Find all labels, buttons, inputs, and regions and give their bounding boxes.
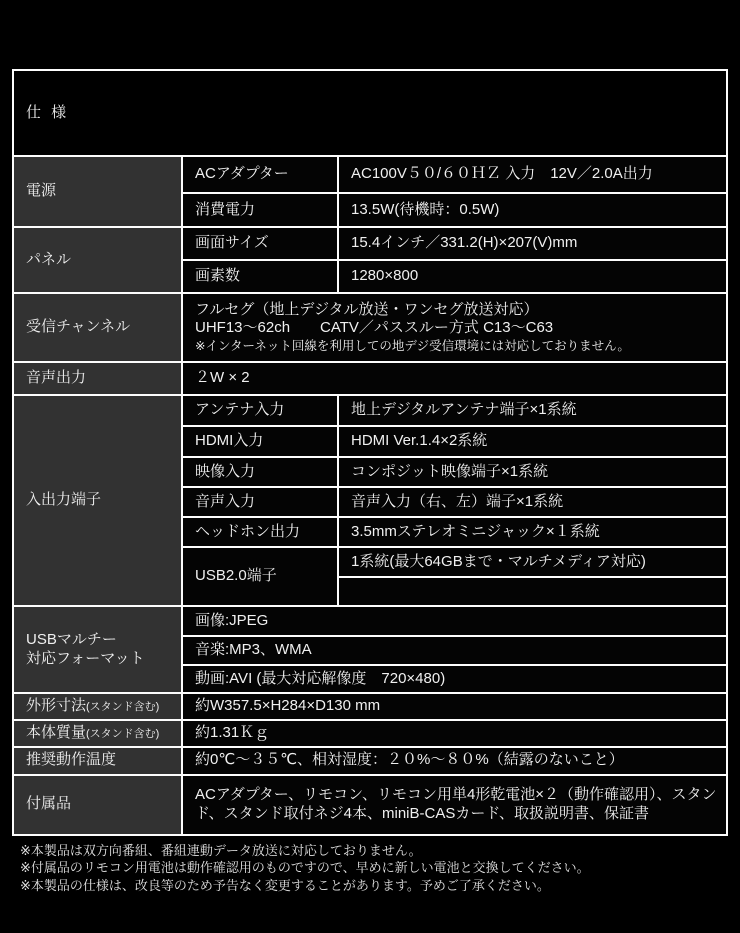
spec-table: 仕 様 電源 ACアダプター AC100V５０/６０ＨＺ 入力 12V／2.0A… — [12, 69, 728, 836]
io-video-in-label: 映像入力 — [182, 457, 338, 487]
group-label-accessories: 付属品 — [13, 775, 182, 835]
usb-format-image-value: 画像:JPEG — [182, 606, 727, 636]
footnote-3: ※本製品の仕様は、改良等のため予告なく変更することがあります。予めご了承ください… — [20, 877, 728, 895]
panel-screen-size-label: 画面サイズ — [182, 227, 338, 260]
panel-screen-size-value: 15.4インチ／331.2(H)×207(V)mm — [338, 227, 727, 260]
group-label-channels: 受信チャンネル — [13, 293, 182, 362]
power-consumption-label: 消費電力 — [182, 193, 338, 227]
channels-value-cell: フルセグ（地上デジタル放送・ワンセグ放送対応） UHF13〜62ch CATV／… — [182, 293, 727, 362]
group-label-temperature: 推奨動作温度 — [13, 747, 182, 775]
group-label-panel: パネル — [13, 227, 182, 293]
weight-label: 本体質量 — [26, 724, 86, 741]
power-adapter-label: ACアダプター — [182, 156, 338, 193]
audio-output-value: ２W × 2 — [182, 362, 727, 395]
page-title: 仕 様 — [13, 70, 727, 156]
io-headphone-value: 3.5mmステレオミニジャック×１系統 — [338, 517, 727, 547]
io-headphone-label: ヘッドホン出力 — [182, 517, 338, 547]
power-adapter-value: AC100V５０/６０ＨＺ 入力 12V／2.0A出力 — [338, 156, 727, 193]
io-hdmi-label: HDMI入力 — [182, 426, 338, 457]
group-label-weight: 本体質量(スタンド含む) — [13, 720, 182, 747]
usb-format-label-line2: 対応フォーマット — [26, 650, 173, 669]
usb-format-music-value: 音楽:MP3、WMA — [182, 636, 727, 665]
io-antenna-label: アンテナ入力 — [182, 395, 338, 426]
panel-resolution-label: 画素数 — [182, 260, 338, 293]
footnotes: ※本製品は双方向番組、番組連動データ放送に対応しておりません。 ※付属品のリモコ… — [20, 842, 728, 895]
channels-line2: UHF13〜62ch CATV／パススルー方式 C13〜C63 — [195, 319, 718, 338]
footnote-1: ※本製品は双方向番組、番組連動データ放送に対応しておりません。 — [20, 842, 728, 860]
group-label-dimensions: 外形寸法(スタンド含む) — [13, 693, 182, 720]
io-usb-extra-cell — [338, 577, 727, 606]
temperature-value: 約0℃〜３５℃、相対湿度：２０%〜８０%（結露のないこと） — [182, 747, 727, 775]
usb-format-label-line1: USBマルチー — [26, 631, 173, 650]
io-antenna-value: 地上デジタルアンテナ端子×1系統 — [338, 395, 727, 426]
usb-format-movie-value: 動画:AVI (最大対応解像度 720×480) — [182, 665, 727, 693]
footnote-2: ※付属品のリモコン用電池は動作確認用のものですので、早めに新しい電池と交換してく… — [20, 859, 728, 877]
panel-resolution-value: 1280×800 — [338, 260, 727, 293]
dimensions-label-small: (スタンド含む) — [86, 701, 159, 713]
channels-line1: フルセグ（地上デジタル放送・ワンセグ放送対応） — [195, 301, 718, 320]
io-usb-value: 1系統(最大64GBまで・マルチメディア対応) — [338, 547, 727, 577]
io-usb-label: USB2.0端子 — [182, 547, 338, 606]
group-label-io: 入出力端子 — [13, 395, 182, 606]
io-audio-in-label: 音声入力 — [182, 487, 338, 517]
accessories-value: ACアダプター、リモコン、リモコン用単4形乾電池×２（動作確認用）、スタンド、ス… — [182, 775, 727, 835]
io-hdmi-value: HDMI Ver.1.4×2系統 — [338, 426, 727, 457]
group-label-usb-format: USBマルチー 対応フォーマット — [13, 606, 182, 693]
weight-value: 約1.31Ｋｇ — [182, 720, 727, 747]
group-label-power: 電源 — [13, 156, 182, 227]
group-label-audio-output: 音声出力 — [13, 362, 182, 395]
power-consumption-value: 13.5W(待機時：0.5W) — [338, 193, 727, 227]
spec-page: 仕 様 電源 ACアダプター AC100V５０/６０ＨＺ 入力 12V／2.0A… — [0, 0, 740, 933]
dimensions-value: 約W357.5×H284×D130 mm — [182, 693, 727, 720]
dimensions-label: 外形寸法 — [26, 697, 86, 714]
weight-label-small: (スタンド含む) — [86, 728, 159, 740]
io-video-in-value: コンポジット映像端子×1系統 — [338, 457, 727, 487]
channels-note: ※インターネット回線を利用しての地デジ受信環境には対応しておりません。 — [195, 338, 718, 354]
io-audio-in-value: 音声入力（右、左）端子×1系統 — [338, 487, 727, 517]
